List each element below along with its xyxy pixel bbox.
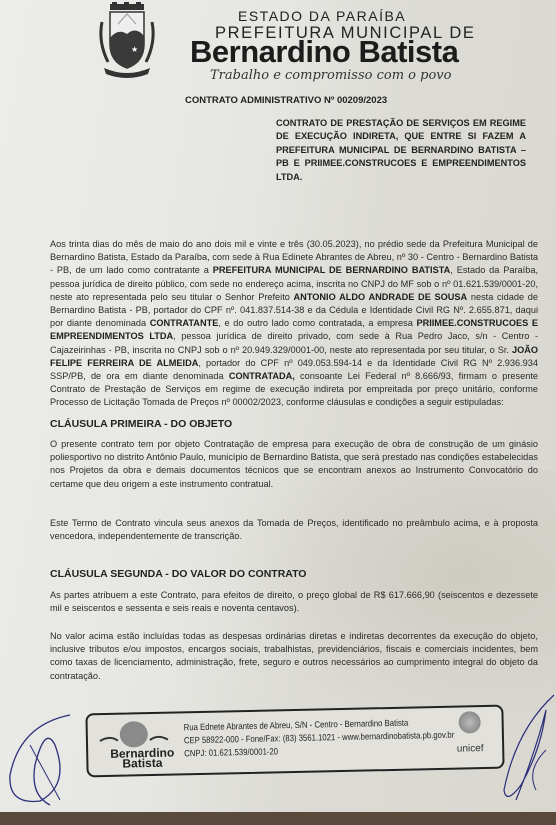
footer-contact-block: Rua Ednete Abrantes de Abreu, S/N - Cent…	[184, 716, 455, 761]
clause-2-paragraph-2: No valor acima estão incluídas todas as …	[50, 630, 538, 683]
signature-right	[496, 690, 556, 810]
clause-2-heading: CLÁUSULA SEGUNDA - DO VALOR DO CONTRATO	[50, 568, 306, 580]
contract-title: CONTRATO ADMINISTRATIVO Nº 00209/2023	[185, 95, 387, 106]
signature-left	[0, 705, 90, 812]
letterhead-footer: Bernardino Batista Rua Ednete Abrantes d…	[85, 705, 504, 778]
letterhead: ★ ESTADO DA PARAÍBA PREFEITURA MUNICIPAL…	[92, 0, 492, 90]
clause-1-paragraph-1: O presente contrato tem por objeto Contr…	[50, 438, 538, 491]
footer-logo: Bernardino Batista	[95, 718, 172, 770]
motto: Trabalho e compromisso com o povo	[210, 68, 451, 83]
seal-icon	[458, 711, 480, 733]
contract-page: ★ ESTADO DA PARAÍBA PREFEITURA MUNICIPAL…	[0, 0, 556, 812]
clause-2-paragraph-1: As partes atribuem a este Contrato, para…	[50, 589, 538, 615]
contract-summary: CONTRATO DE PRESTAÇÃO DE SERVIÇOS EM REG…	[276, 117, 526, 184]
clause-1-heading: CLÁUSULA PRIMEIRA - DO OBJETO	[50, 418, 232, 430]
preamble-paragraph: Aos trinta dias do mês de maio do ano do…	[50, 238, 538, 410]
footer-crest-icon	[95, 718, 172, 750]
unicef-seal: unicef	[447, 711, 492, 762]
city-name: Bernardino Batista	[190, 34, 458, 70]
clause-1-paragraph-2: Este Termo de Contrato vincula seus anex…	[50, 517, 538, 543]
svg-text:★: ★	[131, 45, 138, 54]
municipal-crest-icon: ★	[96, 2, 158, 78]
unicef-label: unicef	[448, 743, 492, 755]
state-name: ESTADO DA PARAÍBA	[238, 8, 406, 24]
